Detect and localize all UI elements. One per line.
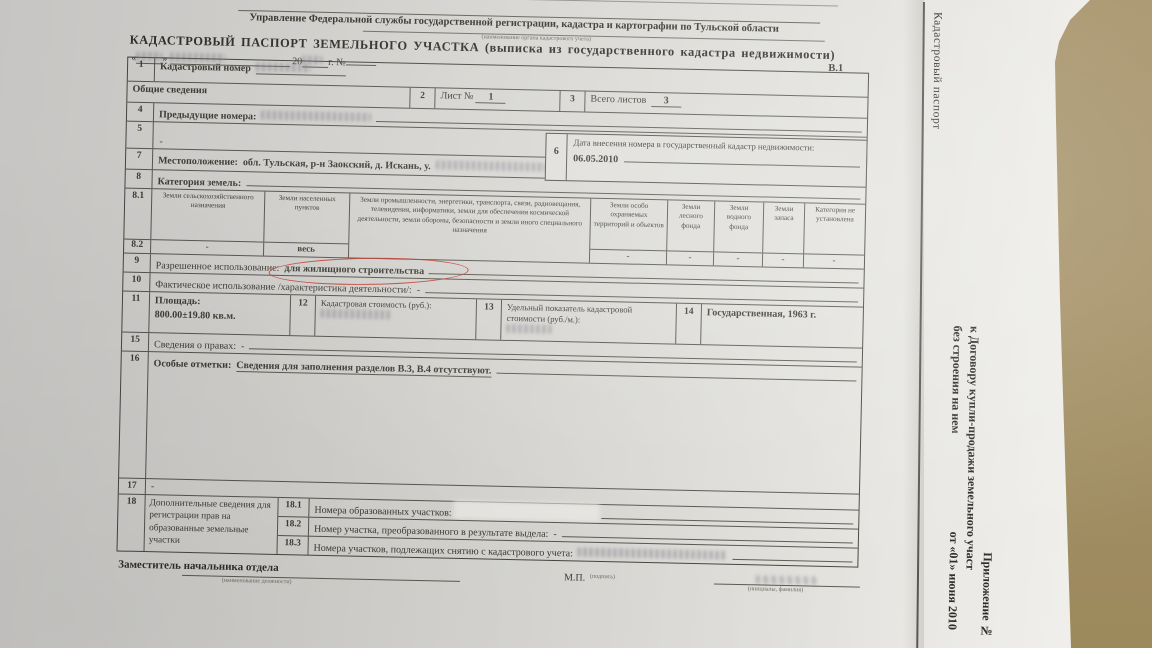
row-number: 10 [123,273,150,292]
row-number: 6 [546,134,568,180]
row-number: 7 [126,149,153,170]
form-header: Управление Федеральной службы государств… [127,4,870,73]
row-number: 15 [122,332,149,351]
form-code: В.1 [828,63,843,74]
row-number: 18.1 [278,498,309,517]
row-number: 4 [127,103,154,122]
redacted-day [136,52,162,62]
row-number: 18.3 [277,536,308,555]
location-value: обл. Тульская, р-н Заокский, д. Искань, … [243,157,431,172]
desk-surface [1048,0,1152,648]
category-col-forest: Земли лесного фонда - [667,200,715,265]
attachment-line-3-end: от «01» июня 2010 [946,532,962,630]
row-number-group: 8.1 8.2 [124,189,152,254]
redacted-specific-cost [506,324,551,334]
category-col-water: Земли водного фонда - [714,201,764,266]
category-value: - [763,252,803,267]
date-entered-value: 06.05.2010 [573,152,618,166]
redacted-formed-parcels [457,504,597,519]
attachment-annotation: Приложение № к Договору купли-продажи зе… [943,326,1000,648]
row-number: 18 [118,494,146,551]
area-value: 800.00±19.80 кв.м. [155,309,236,322]
category-header: Земли населенных пунктов [264,192,349,244]
row-label: Особые отметки: [153,358,231,371]
category-value: - [804,253,864,268]
category-col-industrial: Земли промышленности, энергетики, трансп… [349,193,591,262]
spine-label: Кадастровый паспорт [930,12,943,130]
row-number: 3 [559,91,585,112]
category-value: весь [264,242,348,258]
sheet-number-value: 1 [476,91,506,104]
category-col-reserve: Земли запаса - [763,202,805,267]
row-number: 8.2 [124,239,150,254]
row-value: - [151,481,155,492]
redacted-contract-number [949,437,961,529]
category-header: Земли особо охраняемых территорий и объе… [590,199,667,251]
actual-use-value: - [417,285,421,296]
row-number: 17 [119,478,146,494]
row-special-notes: 16 Особые отметки: Сведения для заполнен… [119,350,862,493]
category-header: Земли лесного фонда [667,200,714,251]
row-number: 14 [675,304,702,344]
row-number: 13 [475,299,502,339]
redacted-removed-parcels [578,547,728,559]
name-note: (инициалы, фамилия) [748,586,803,593]
number-blank [346,53,376,66]
value-underline [602,507,854,524]
additional-info-label: Дополнительные сведения для регистрации … [145,495,278,554]
redacted-location-detail [436,160,546,171]
document-photo: Управление Федеральной службы государств… [0,0,1152,648]
coordinate-system-value: Государственная, 1963 г. [707,307,817,320]
category-value: - [590,249,666,265]
year-suffix: г. [328,57,334,68]
redacted-cadastral-cost [321,309,391,320]
row-date-entered: 6 Дата внесения номера в государственный… [545,133,868,188]
section-label: Общие сведения [132,84,207,97]
redacted-cadastral-number [256,62,311,72]
rights-value: - [241,341,245,352]
special-notes-value: Сведения для заполнения разделов В.3, В.… [236,360,491,378]
category-value: - [151,239,263,255]
row-number: 12 [289,295,316,335]
row-number: 18.2 [278,517,309,536]
category-col-settlements: Земли населенных пунктов весь [264,192,350,258]
row-label: Разрешенное использование: [156,260,280,274]
number-sign: № [336,57,346,68]
row-label: Категория земель: [157,176,241,189]
category-header: Земли сельскохозяйственного назначения [151,189,264,241]
attachment-line-3-start: без строения на нем [949,326,965,434]
row-number: 8 [125,170,152,189]
total-sheets-label: Всего листов [590,94,646,106]
category-col-protected: Земли особо охраняемых территорий и объе… [590,199,668,265]
row-number: 5 [126,122,154,149]
permitted-use-value: для жилищного строительства [284,263,424,277]
row-label: Предыдущие номера: [159,109,257,122]
row-value: - [159,136,163,147]
category-value: - [667,250,713,265]
category-header: Земли промышленности, энергетики, трансп… [349,193,590,262]
signature-note: (подпись) [590,574,615,581]
category-header: Категория не установлена [804,203,865,254]
row-number: 9 [124,254,151,273]
category-value: - [714,251,762,266]
row-number: 2 [409,88,435,109]
row-label: Местоположение: [158,155,238,168]
row-number: 8.1 [124,189,151,240]
transformed-parcel-value: - [553,529,557,540]
page-top-rule [500,0,838,7]
cadastral-passport-sheet: Управление Федеральной службы государств… [116,4,871,610]
form-table: 1 Кадастровый номер Общие сведения 2 Лис… [116,57,869,568]
seal-placeholder: М.П. [564,572,585,583]
area-label: Площадь: [155,295,201,307]
signature-scribble [756,575,816,584]
category-header: Земли запаса [763,202,804,253]
value-underline [624,150,860,167]
position-note: (наименование должности) [222,578,292,586]
category-col-agricultural: Земли сельскохозяйственного назначения - [151,189,265,255]
sheet-number-label: Лист № [440,90,473,102]
category-header: Земли водного фонда [714,201,763,252]
total-sheets-value: 3 [651,95,681,108]
category-col-unset: Категория не установлена - [804,203,865,268]
row-label: Сведения о правах: [154,339,236,352]
value-underline [733,548,853,563]
redacted-previous-numbers [261,110,371,121]
row-number: 11 [122,292,150,332]
value-underline [562,525,853,543]
day-blank [136,52,162,65]
row-number: 16 [119,351,149,478]
quote-close: » [162,53,167,64]
official-position: Заместитель начальника отдела [118,558,279,573]
redacted-month [170,52,225,62]
